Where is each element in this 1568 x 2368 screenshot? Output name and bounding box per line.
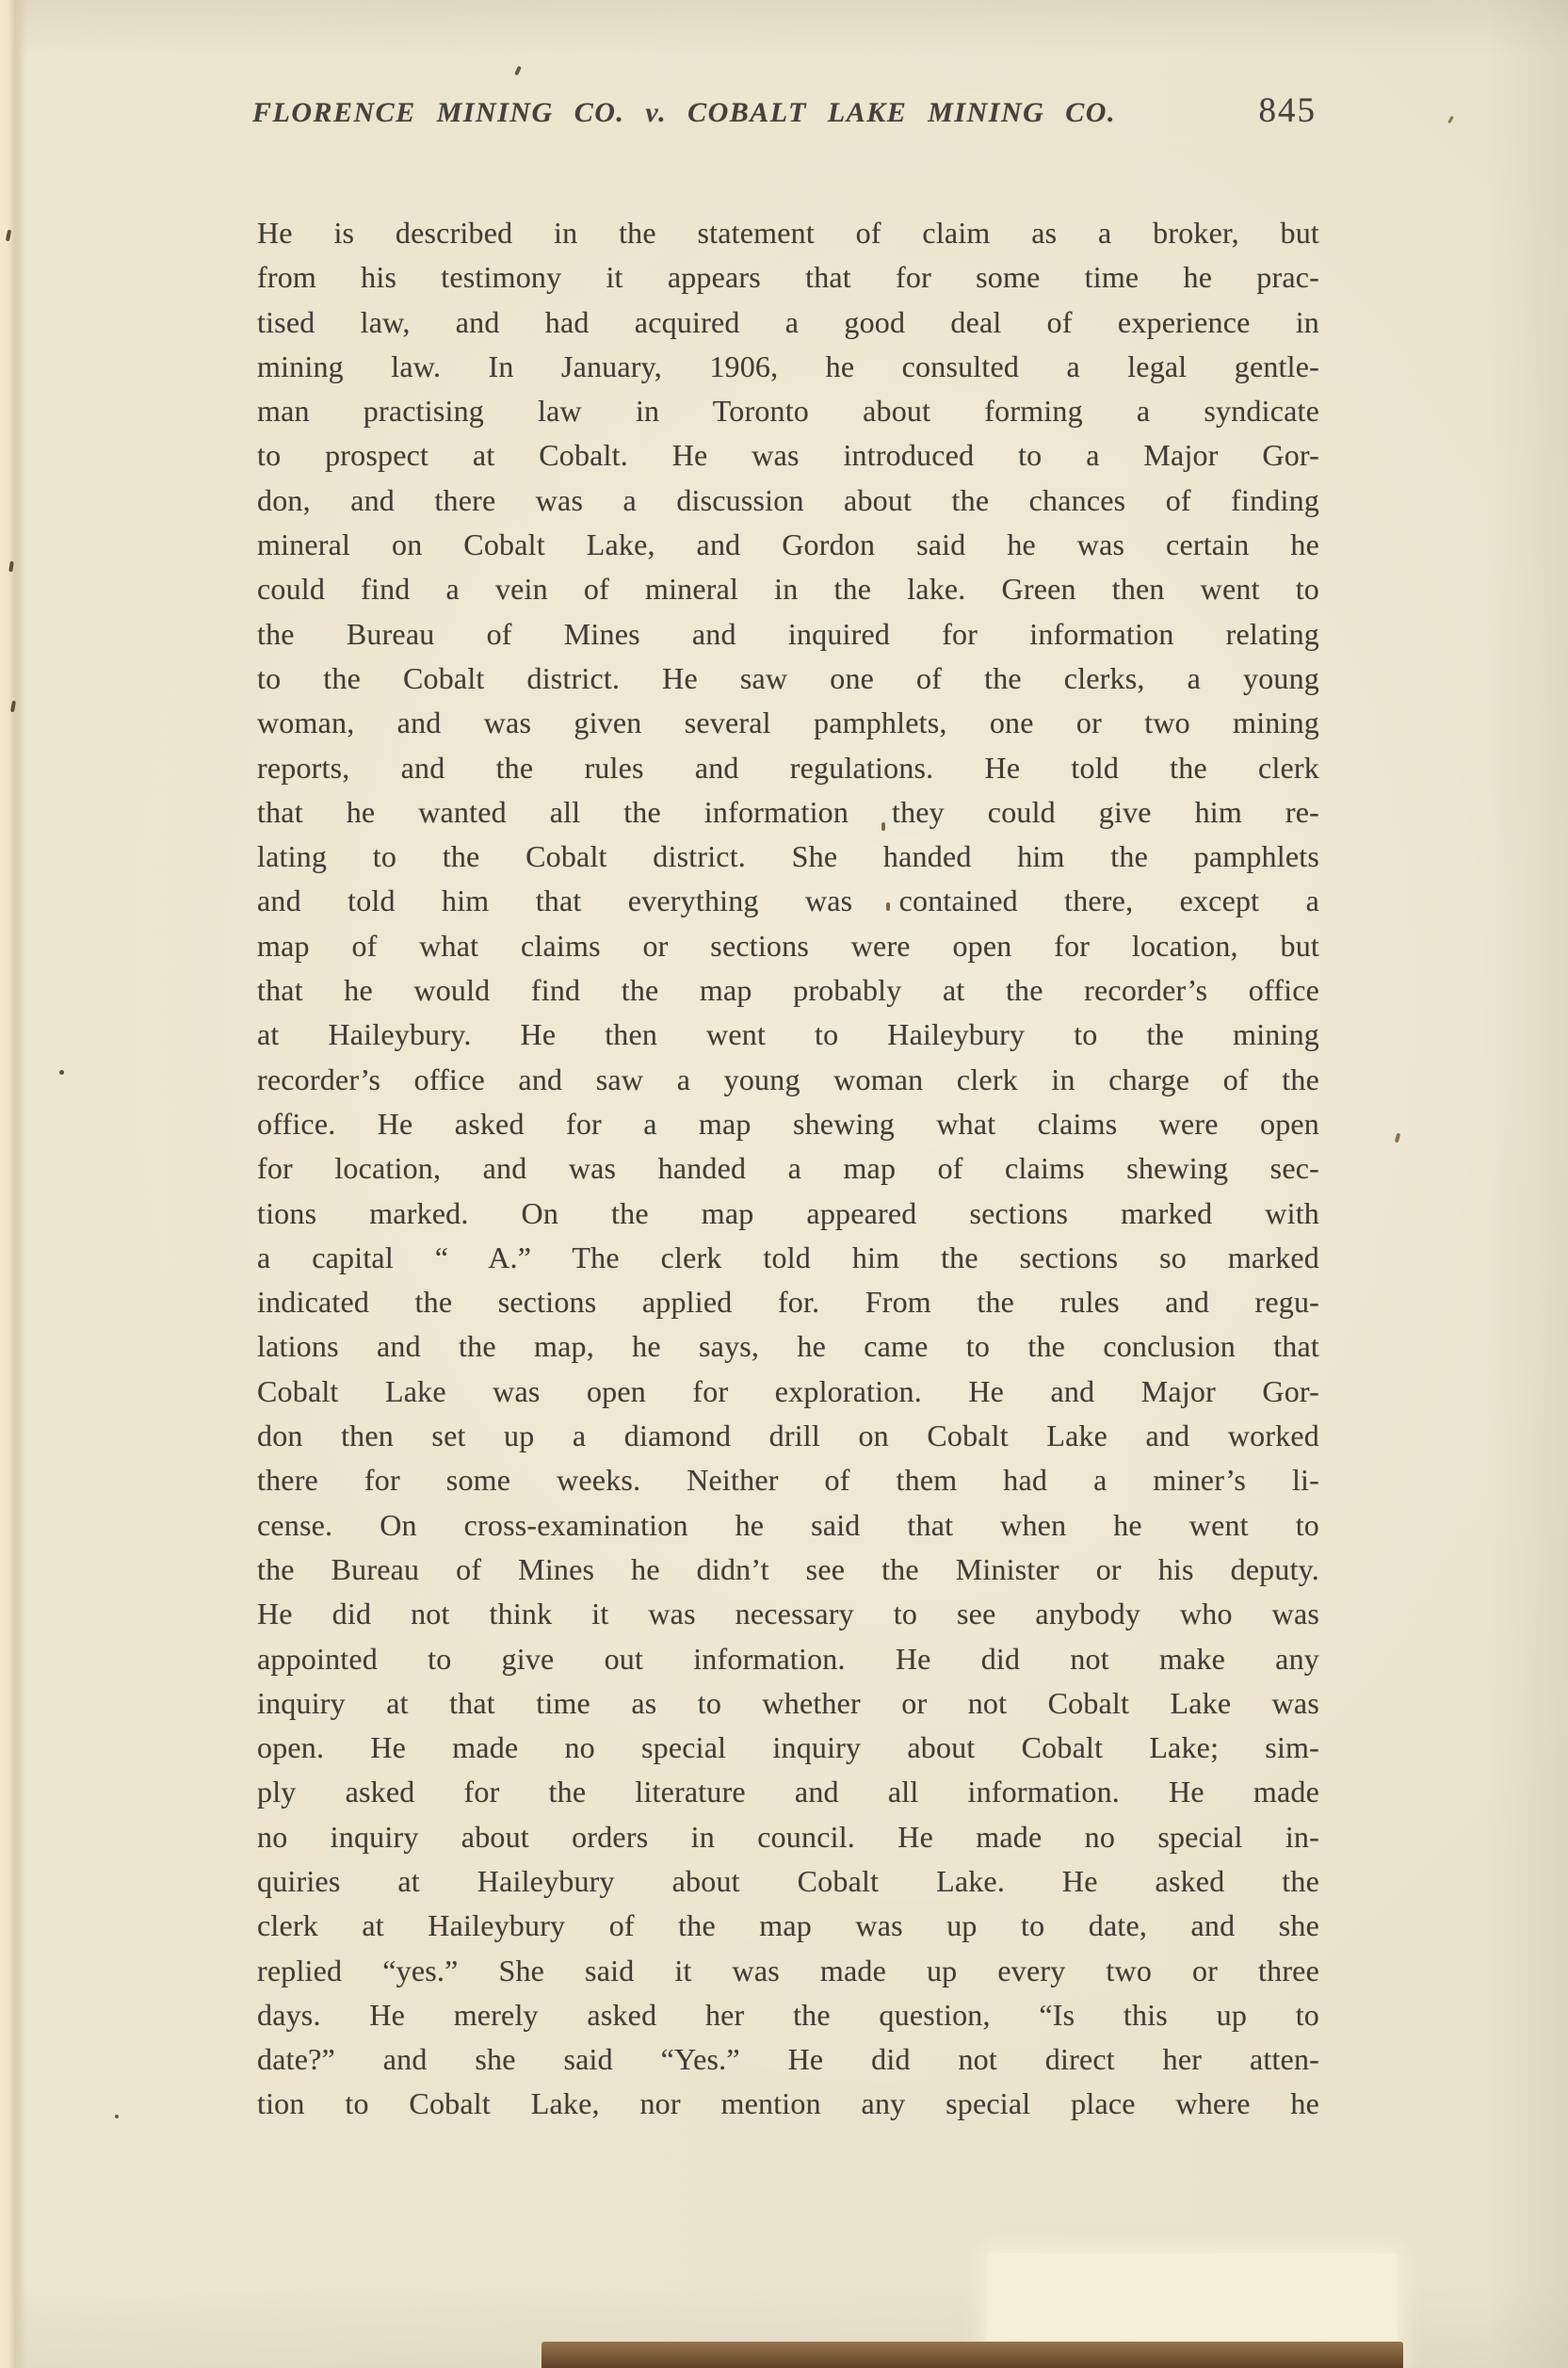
text-line: to the Cobalt district. He saw one of th…: [257, 657, 1319, 701]
text-line: He did not think it was necessary to see…: [257, 1592, 1319, 1636]
page-gutter-edge: [0, 0, 24, 2368]
text-line: could find a vein of mineral in the lake…: [257, 567, 1319, 611]
text-line: inquiry at that time as to whether or no…: [257, 1681, 1319, 1726]
text-line: no inquiry about orders in council. He m…: [257, 1815, 1319, 1859]
text-line: office. He asked for a map shewing what …: [257, 1102, 1319, 1146]
text-line: cense. On cross-examination he said that…: [257, 1503, 1319, 1548]
paper-speck: [1395, 1133, 1400, 1143]
text-line: don, and there was a discussion about th…: [257, 478, 1319, 523]
text-line: Cobalt Lake was open for exploration. He…: [257, 1370, 1319, 1414]
scan-bottom-shadow: [542, 2342, 1403, 2368]
text-line: mineral on Cobalt Lake, and Gordon said …: [257, 523, 1319, 567]
text-line: a capital “ A.” The clerk told him the s…: [257, 1236, 1319, 1280]
text-line: date?” and she said “Yes.” He did not di…: [257, 2037, 1319, 2082]
text-line: quiries at Haileybury about Cobalt Lake.…: [257, 1859, 1319, 1904]
text-line: for location, and was handed a map of cl…: [257, 1146, 1319, 1191]
text-line: that he wanted all the information they …: [257, 790, 1319, 835]
text-line: He is described in the statement of clai…: [257, 211, 1319, 255]
text-line: woman, and was given several pamphlets, …: [257, 701, 1319, 745]
page-number: 845: [1259, 90, 1317, 131]
text-line: lating to the Cobalt district. She hande…: [257, 835, 1319, 879]
text-line: don then set up a diamond drill on Cobal…: [257, 1414, 1319, 1458]
text-line: ply asked for the literature and all inf…: [257, 1770, 1319, 1814]
text-line: appointed to give out information. He di…: [257, 1637, 1319, 1681]
paper-speck: [59, 1070, 64, 1075]
running-header: FLORENCE MINING CO. v. COBALT LAKE MININ…: [252, 90, 1317, 131]
paper-speck: [115, 2115, 119, 2118]
text-line: tion to Cobalt Lake, nor mention any spe…: [257, 2082, 1319, 2126]
text-line: the Bureau of Mines he didn’t see the Mi…: [257, 1548, 1319, 1592]
scanned-book-page: FLORENCE MINING CO. v. COBALT LAKE MININ…: [0, 0, 1568, 2368]
text-line: clerk at Haileybury of the map was up to…: [257, 1904, 1319, 1948]
text-line: indicated the sections applied for. From…: [257, 1280, 1319, 1324]
text-line: lations and the map, he says, he came to…: [257, 1324, 1319, 1369]
text-line: reports, and the rules and regulations. …: [257, 746, 1319, 790]
paper-speck: [514, 66, 522, 76]
body-paragraph: He is described in the statement of clai…: [257, 211, 1319, 2127]
case-title: FLORENCE MINING CO. v. COBALT LAKE MININ…: [252, 97, 1116, 129]
text-line: and told him that everything was contain…: [257, 879, 1319, 923]
paper-speck: [1447, 116, 1454, 123]
text-line: from his testimony it appears that for s…: [257, 255, 1319, 300]
text-line: the Bureau of Mines and inquired for inf…: [257, 612, 1319, 657]
text-line: to prospect at Cobalt. He was introduced…: [257, 433, 1319, 478]
text-line: recorder’s office and saw a young woman …: [257, 1058, 1319, 1102]
text-line: that he would find the map probably at t…: [257, 968, 1319, 1013]
paper-speck: [881, 822, 885, 831]
text-line: map of what claims or sections were open…: [257, 924, 1319, 968]
text-line: there for some weeks. Neither of them ha…: [257, 1458, 1319, 1502]
paper-speck: [886, 902, 890, 911]
text-line: at Haileybury. He then went to Haileybur…: [257, 1013, 1319, 1057]
text-line: tions marked. On the map appeared sectio…: [257, 1192, 1319, 1236]
text-line: open. He made no special inquiry about C…: [257, 1726, 1319, 1770]
text-line: mining law. In January, 1906, he consult…: [257, 345, 1319, 389]
text-line: replied “yes.” She said it was made up e…: [257, 1949, 1319, 1993]
text-line: days. He merely asked her the question, …: [257, 1993, 1319, 2037]
text-line: man practising law in Toronto about form…: [257, 389, 1319, 433]
text-line: tised law, and had acquired a good deal …: [257, 300, 1319, 345]
